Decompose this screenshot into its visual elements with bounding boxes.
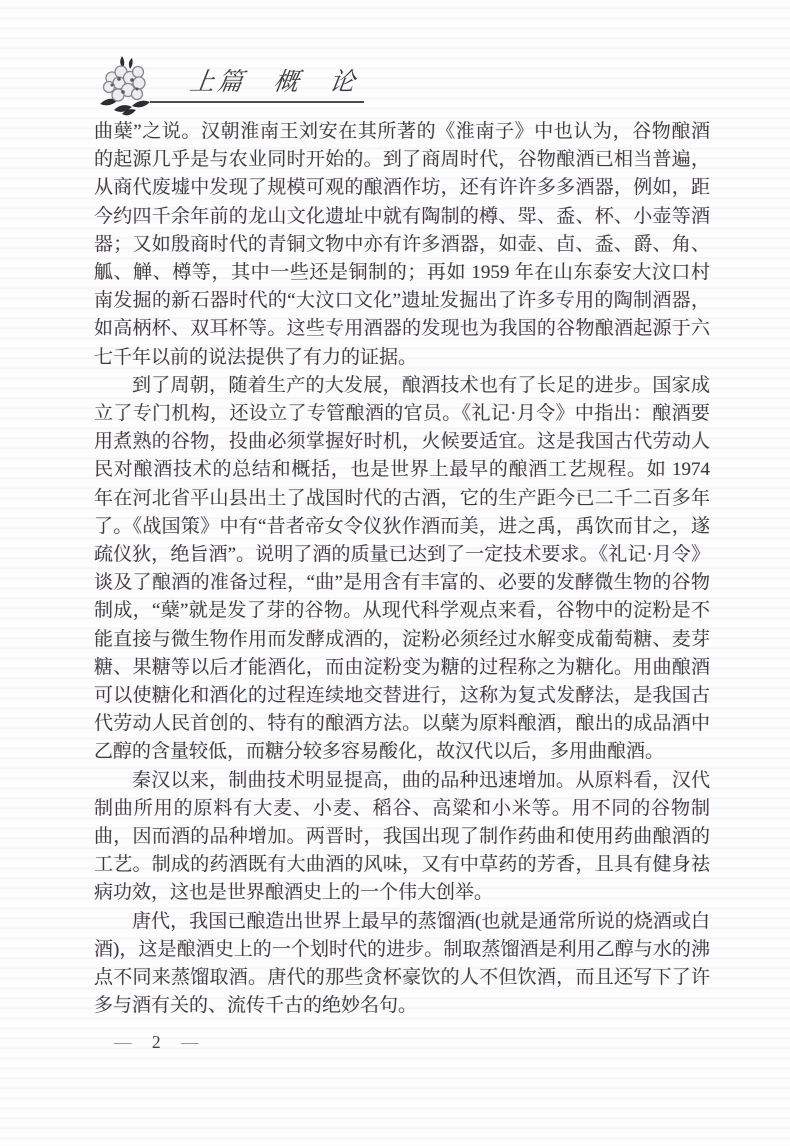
paragraph: 到了周朝，随着生产的大发展，酿酒技术也有了长足的进步。国家成立了专门机构，还设立…	[94, 372, 710, 767]
footer-dash-left: —	[114, 1032, 133, 1052]
flower-icon	[92, 52, 164, 122]
section-title: 上篇 概 论	[187, 62, 360, 98]
paragraph: 唐代，我国已酿造出世界上最早的蒸馏酒(也就是通常所说的烧酒或白酒)，这是酿酒史上…	[94, 908, 710, 1021]
page-number: 2	[152, 1032, 162, 1052]
section-header: 上篇 概 论	[190, 62, 358, 98]
book-page: 上篇 概 论 曲蘖”之说。汉朝淮南王刘安在其所著的《淮南子》中也认为，谷物酿酒的…	[0, 0, 790, 1146]
page-footer: — 2 —	[110, 1032, 204, 1053]
paragraph: 曲蘖”之说。汉朝淮南王刘安在其所著的《淮南子》中也认为，谷物酿酒的起源几乎是与农…	[94, 118, 710, 372]
paragraph: 秦汉以来，制曲技术明显提高，曲的品种迅速增加。从原料看，汉代制曲所用的原料有大麦…	[94, 767, 710, 908]
footer-dash-right: —	[181, 1032, 200, 1052]
header-underline	[150, 101, 364, 103]
body-text: 曲蘖”之说。汉朝淮南王刘安在其所著的《淮南子》中也认为，谷物酿酒的起源几乎是与农…	[94, 118, 710, 1021]
